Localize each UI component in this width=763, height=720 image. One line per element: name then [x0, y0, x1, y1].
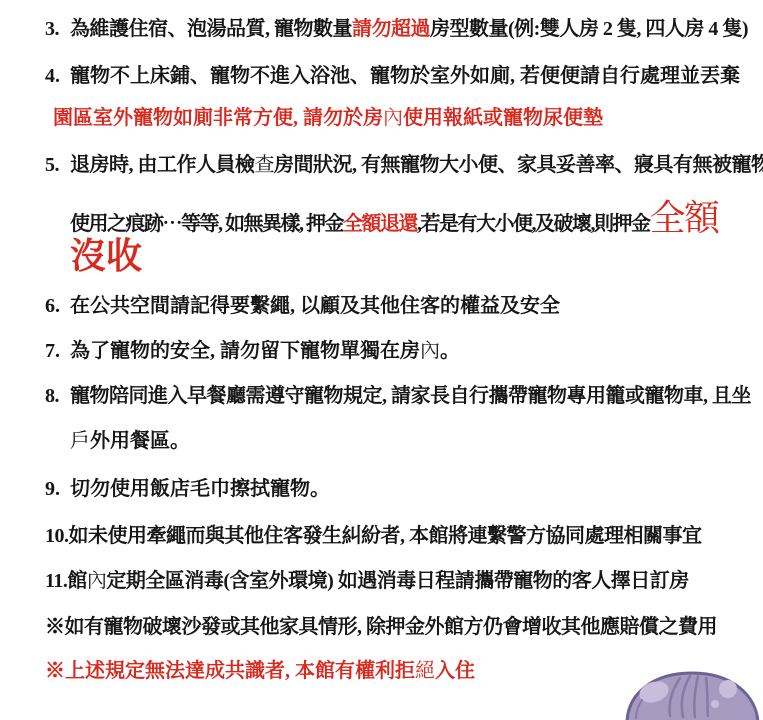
rule-7-text-end: 。: [440, 340, 460, 362]
rule-5-red-refund: 全額退還: [343, 213, 417, 235]
rule-3-text: 為維護住宿、泡湯品質, 寵物數量: [70, 18, 352, 40]
rule-item-6: 6.在公共空間請記得要繫繩, 以顧及其他住客的權益及安全: [45, 293, 560, 319]
note-damage-fee: ※如有寵物破壞沙發或其他家具情形, 除押金外館方仍會增收其他應賠償之費用: [45, 614, 717, 640]
rule-3-text-end: 房型數量(例:雙人房 2 隻, 四人房 4 隻): [430, 18, 748, 40]
rule-item-4: 4.寵物不上床鋪、寵物不進入浴池、寵物於室外如廁, 若便便請自行處理並丟棄: [45, 63, 740, 89]
note-4-thin-char: 內: [383, 107, 403, 129]
rule-7-thin-char: 內: [420, 340, 440, 362]
rule-10-number: 10.: [45, 525, 69, 547]
rule-item-8-line-1: 8.寵物陪同進入早餐廳需遵守寵物規定, 請家長自行攜帶寵物專用籠或寵物車, 且坐: [45, 383, 751, 409]
rule-item-5-line-1: 5.退房時, 由工作人員檢查房間狀況, 有無寵物大小便、家具妥善率、寢具有無被寵…: [45, 152, 763, 178]
note-b-text: 上述規定無法達成共識者, 本館有權利拒: [65, 660, 415, 682]
rule-11-text: 館: [67, 570, 87, 592]
rule-7-number: 7.: [45, 338, 70, 364]
rule-11-thin-char: 內: [87, 570, 107, 592]
rule-4-red-note: 園區室外寵物如廁非常方便, 請勿於房內使用報紙或寵物尿便墊: [53, 105, 603, 131]
rule-5-big-red-full-amount: 全額: [650, 198, 719, 238]
rule-5-cont-mid: ,若是有大小便,及破壞,則押金: [417, 213, 650, 235]
rule-5-text-end: 房間狀況, 有無寵物大小便、家具妥善率、寢具有無被寵物: [274, 154, 763, 176]
rule-8-cont-text: 外用餐區。: [90, 430, 190, 452]
rule-5-text: 退房時, 由工作人員檢: [70, 154, 255, 176]
rule-11-number: 11.: [45, 570, 67, 592]
note-a-text: 如有寵物破壞沙發或其他家具情形, 除押金外館方仍會增收其他應賠償之費用: [65, 616, 718, 638]
note-b-thin-char: 絕: [415, 660, 435, 682]
rule-4-number: 4.: [45, 63, 70, 89]
rule-5-thin-char: 查: [255, 154, 275, 176]
rule-item-10: 10.如未使用牽繩而與其他住客發生糾紛者, 本館將連繫警方協同處理相關事宜: [45, 523, 702, 549]
rule-item-3: 3.為維護住宿、泡湯品質, 寵物數量請勿超過房型數量(例:雙人房 2 隻, 四人…: [45, 16, 748, 42]
rule-5-cont-text: 使用之痕跡⋯等等, 如無異樣, 押金: [70, 213, 343, 235]
rule-item-7: 7.為了寵物的安全, 請勿留下寵物單獨在房內。: [45, 338, 460, 364]
purple-cartoon-head-icon: [622, 668, 763, 720]
rule-8-number: 8.: [45, 383, 70, 409]
note-refuse-checkin: ※上述規定無法達成共識者, 本館有權利拒絕入住: [45, 658, 475, 684]
rule-7-text: 為了寵物的安全, 請勿留下寵物單獨在房: [70, 340, 420, 362]
rule-item-11: 11.館內定期全區消毒(含室外環境) 如遇消毒日程請攜帶寵物的客人擇日訂房: [45, 568, 689, 594]
rule-item-5-line-2: 使用之痕跡⋯等等, 如無異樣, 押金全額退還,若是有大小便,及破壞,則押金全額: [70, 200, 719, 237]
rule-6-text: 在公共空間請記得要繫繩, 以顧及其他住客的權益及安全: [70, 295, 560, 317]
rule-3-red-text: 請勿超過: [352, 18, 430, 40]
rule-5-number: 5.: [45, 152, 70, 178]
note-b-mark: ※: [45, 660, 65, 682]
rule-item-9: 9.切勿使用飯店毛巾擦拭寵物。: [45, 476, 330, 502]
rule-4-text: 寵物不上床鋪、寵物不進入浴池、寵物於室外如廁, 若便便請自行處理並丟棄: [70, 65, 740, 87]
note-4-text-end: 使用報紙或寵物尿便墊: [403, 107, 603, 129]
rule-5-big-red-confiscate: 沒收: [70, 236, 142, 276]
rule-9-text: 切勿使用飯店毛巾擦拭寵物。: [70, 478, 330, 500]
confiscate-text: 沒收: [70, 236, 142, 276]
rule-3-number: 3.: [45, 16, 70, 42]
rule-10-text: 如未使用牽繩而與其他住客發生糾紛者, 本館將連繫警方協同處理相關事宜: [69, 525, 702, 547]
note-a-mark: ※: [45, 616, 65, 638]
rule-8-text: 寵物陪同進入早餐廳需遵守寵物規定, 請家長自行攜帶寵物專用籠或寵物車, 且坐: [70, 385, 751, 407]
rule-11-text-end: 定期全區消毒(含室外環境) 如遇消毒日程請攜帶寵物的客人擇日訂房: [106, 570, 688, 592]
rule-item-8-line-2: 戶外用餐區。: [70, 428, 190, 454]
pet-rules-document: 3.為維護住宿、泡湯品質, 寵物數量請勿超過房型數量(例:雙人房 2 隻, 四人…: [0, 0, 763, 720]
note-b-text-end: 入住: [435, 660, 475, 682]
rule-8-thin-char: 戶: [70, 430, 90, 452]
rule-6-number: 6.: [45, 293, 70, 319]
note-4-text: 園區室外寵物如廁非常方便, 請勿於房: [53, 107, 383, 129]
rule-9-number: 9.: [45, 476, 70, 502]
